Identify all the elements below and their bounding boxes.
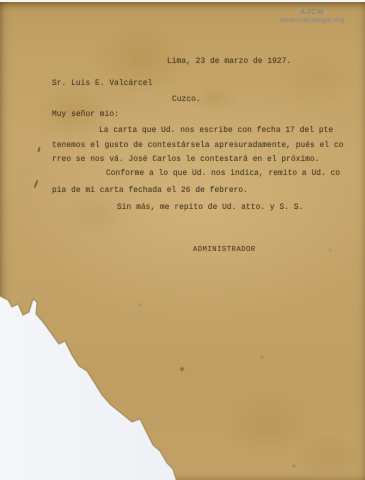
archive-watermark: AJCM www.mariategui.org [269, 7, 355, 25]
letter-body-line: pia de mi carta fechada el 26 de febrero… [52, 187, 248, 195]
letter-recipient-city: Cuzco. [172, 96, 201, 104]
letter-body-line: Sin más, me repito de Ud. atto. y S. S. [117, 204, 303, 212]
letter-body-line: rreo se nos vá. José Carlos le contestar… [52, 156, 320, 164]
letter-recipient-name: Sr. Luis E. Valcárcel [52, 80, 152, 88]
letter-body-line: tenemos el gusto de contestársela apresu… [52, 142, 344, 150]
watermark-url-label: www.mariategui.org [269, 16, 355, 25]
letter-dateline: Lima, 23 de marzo de 1927. [167, 58, 291, 66]
scan-top-edge [0, 0, 365, 2]
letter-body-line: La carta que Ud. nos escribe con fecha 1… [99, 127, 333, 135]
letter-signature: ADMINISTRADOR [193, 246, 256, 254]
letter-salutation: Muy señor mío: [52, 111, 119, 119]
letter-body-line: Conforme a lo que Ud. nos indica, remito… [106, 170, 340, 178]
paper-sheet [0, 2, 365, 480]
watermark-org-label: AJCM [269, 7, 355, 16]
scanned-letter-page: AJCM www.mariategui.org Lima, 23 de marz… [0, 0, 365, 480]
